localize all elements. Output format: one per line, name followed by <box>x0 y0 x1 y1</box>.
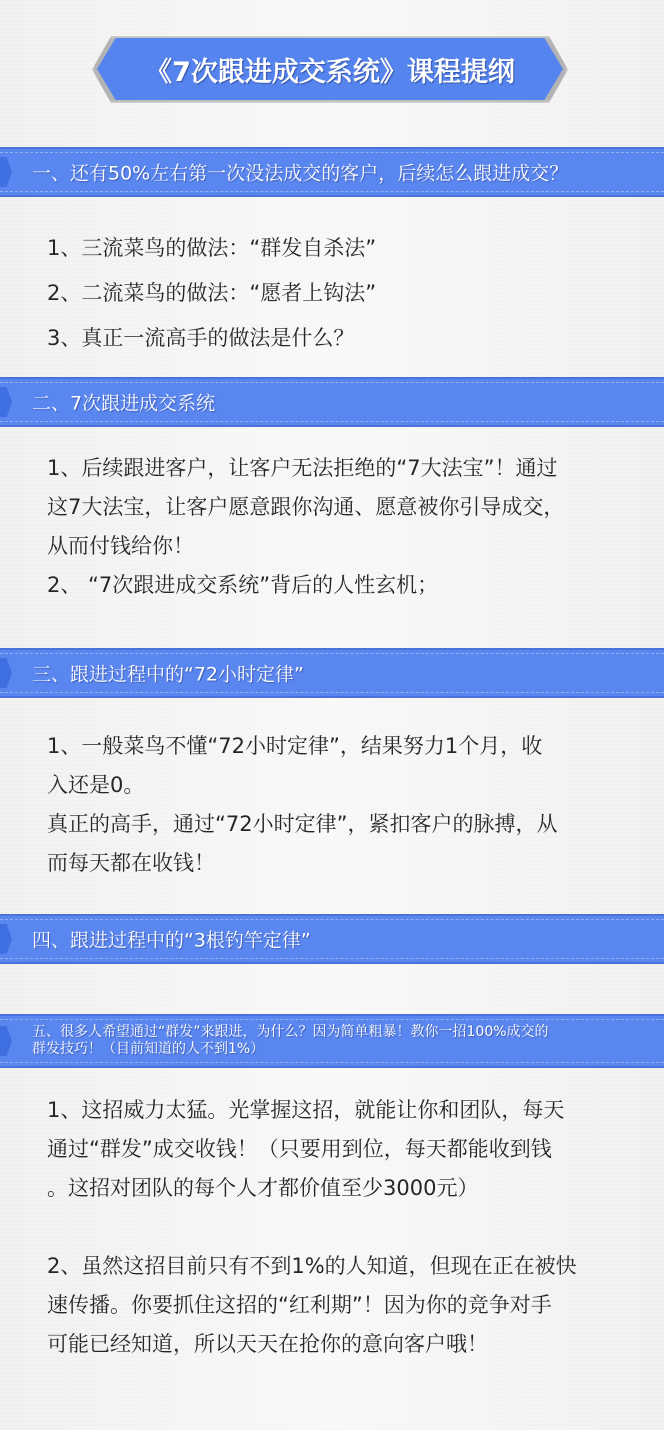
section-header-4: 四、跟进过程中的“3根钓竿定律” <box>0 914 664 964</box>
list-item: 3、真正一流高手的做法是什么？ <box>47 316 637 361</box>
list-item: 这7大法宝，让客户愿意跟你沟通、愿意被你引导成交， <box>47 488 637 527</box>
list-item: 1、三流菜鸟的做法：“群发自杀法” <box>47 226 637 271</box>
section-heading: 二、7次跟进成交系统 <box>32 389 215 416</box>
section-header-1: 一、还有50%左右第一次没法成交的客户，后续怎么跟进成交？ <box>0 147 664 197</box>
section-heading: 三、跟进过程中的“72小时定律” <box>32 660 304 687</box>
list-item: 真正的高手，通过“72小时定律”，紧扣客户的脉搏，从 <box>47 805 637 844</box>
arrow-tab-icon <box>0 387 12 417</box>
page-title: 《7次跟进成交系统》课程提纲 <box>97 38 563 100</box>
section-body-5: 1、这招威力太猛。光掌握这招，就能让你和团队，每天 通过“群发”成交收钱！（只要… <box>47 1091 637 1364</box>
arrow-tab-icon <box>0 157 12 187</box>
list-item: 1、后续跟进客户，让客户无法拒绝的“7大法宝”！通过 <box>47 449 637 488</box>
list-item: 2、二流菜鸟的做法：“愿者上钩法” <box>47 271 637 316</box>
section-heading-line-1: 五、很多人希望通过“群发”来跟进，为什么？因为简单粗暴！教你一招100%成交的 <box>32 1024 652 1041</box>
paragraph-spacer <box>47 1208 637 1247</box>
list-item: 从而付钱给你！ <box>47 527 637 566</box>
list-item: 可能已经知道，所以天天在抢你的意向客户哦！ <box>47 1325 637 1364</box>
section-header-2: 二、7次跟进成交系统 <box>0 377 664 427</box>
section-heading-line-2: 群发技巧！（目前知道的人不到1%） <box>32 1041 652 1058</box>
list-item: 2、虽然这招目前只有不到1%的人知道，但现在正在被快 <box>47 1247 637 1286</box>
section-heading: 一、还有50%左右第一次没法成交的客户，后续怎么跟进成交？ <box>32 159 568 186</box>
list-item: 1、一般菜鸟不懂“72小时定律”，结果努力1个月，收 <box>47 727 637 766</box>
list-item: 通过“群发”成交收钱！（只要用到位，每天都能收到钱 <box>47 1130 637 1169</box>
section-body-1: 1、三流菜鸟的做法：“群发自杀法” 2、二流菜鸟的做法：“愿者上钩法” 3、真正… <box>47 226 637 361</box>
section-header-3: 三、跟进过程中的“72小时定律” <box>0 648 664 698</box>
list-item: 速传播。你要抓住这招的“红利期”！因为你的竞争对手 <box>47 1286 637 1325</box>
list-item: 入还是0。 <box>47 766 637 805</box>
list-item: 。这招对团队的每个人才都价值至少3000元） <box>47 1169 637 1208</box>
arrow-tab-icon <box>0 924 12 954</box>
arrow-tab-icon <box>0 658 12 688</box>
section-heading: 四、跟进过程中的“3根钓竿定律” <box>32 926 311 953</box>
list-item: 2、 “7次跟进成交系统”背后的人性玄机； <box>47 566 637 605</box>
section-heading: 五、很多人希望通过“群发”来跟进，为什么？因为简单粗暴！教你一招100%成交的 … <box>32 1024 652 1058</box>
list-item: 1、这招威力太猛。光掌握这招，就能让你和团队，每天 <box>47 1091 637 1130</box>
section-body-2: 1、后续跟进客户，让客户无法拒绝的“7大法宝”！通过 这7大法宝，让客户愿意跟你… <box>47 449 637 605</box>
list-item: 而每天都在收钱！ <box>47 844 637 883</box>
section-body-3: 1、一般菜鸟不懂“72小时定律”，结果努力1个月，收 入还是0。 真正的高手，通… <box>47 727 637 883</box>
section-header-5: 五、很多人希望通过“群发”来跟进，为什么？因为简单粗暴！教你一招100%成交的 … <box>0 1014 664 1068</box>
arrow-tab-icon <box>0 1026 12 1056</box>
